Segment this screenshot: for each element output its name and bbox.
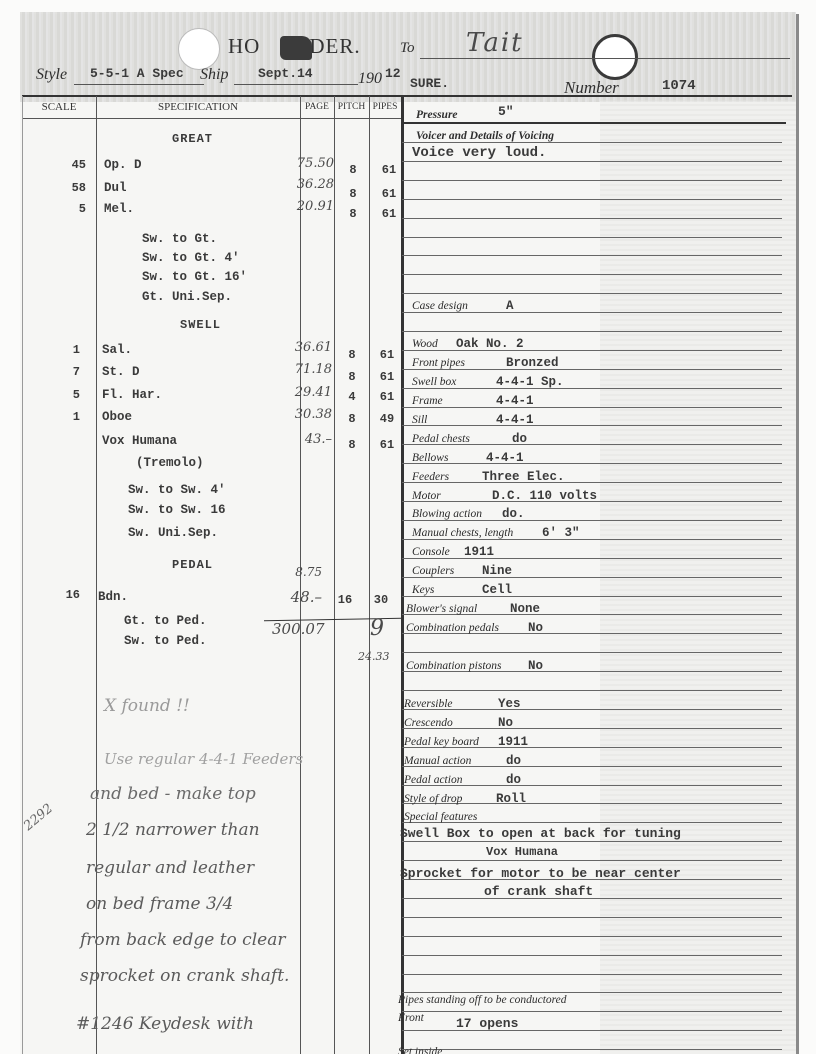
page-value-above: 8.75	[262, 565, 322, 579]
field-label: Sill	[412, 414, 427, 426]
left-edge	[22, 96, 23, 1054]
coupler: Gt. Uni.Sep.	[142, 290, 232, 304]
page-value: 30.38	[272, 407, 332, 422]
field-value: No	[498, 716, 513, 730]
form-row-manual-chests: Manual chests, length 6' 3"	[402, 522, 782, 541]
pitch-value: 8	[337, 412, 367, 426]
style-value: 5-5-1 A Spec	[90, 66, 184, 81]
handwritten-note: sprocket on crank shaft.	[80, 966, 289, 986]
coupler: Sw. to Ped.	[124, 634, 207, 648]
field-value: 1911	[464, 545, 494, 559]
to-label: To	[400, 40, 414, 57]
field-label: Manual chests, length	[412, 527, 513, 539]
stop-name: Oboe	[102, 410, 132, 424]
handwritten-note: 2 1/2 narrower than	[86, 820, 260, 840]
pipes-value: 61	[374, 207, 404, 221]
coupler: Sw. to Gt. 4'	[142, 251, 240, 265]
field-value: Oak No. 2	[456, 337, 524, 351]
front-label: Front	[398, 1012, 424, 1024]
stop-name: Mel.	[104, 202, 134, 216]
field-value: 4-4-1 Sp.	[496, 375, 564, 389]
form-header-rule	[402, 122, 786, 124]
handwritten-note: #1246 Keydesk with	[76, 1014, 254, 1034]
form-row-sill: Sill 4-4-1	[402, 409, 782, 428]
form-row-blowing-action: Blowing action do.	[402, 503, 782, 522]
form-row-console: Console 1911	[402, 541, 782, 560]
field-value: do	[512, 432, 527, 446]
field-label: Pedal key board	[404, 736, 479, 748]
stop-name: Bdn.	[98, 590, 128, 604]
field-value: 6' 3"	[542, 526, 580, 540]
pipes-standing-label: Pipes standing off to be conductored	[398, 994, 567, 1006]
field-label: Blowing action	[412, 508, 482, 520]
pressure-label: Pressure	[416, 109, 458, 121]
section-pedal: PEDAL	[172, 558, 213, 572]
col-header-page: PAGE	[300, 97, 334, 117]
pitch-value: 8	[337, 370, 367, 384]
ruled-line	[402, 652, 782, 653]
handwritten-note: Use regular 4-4-1 Feeders	[104, 750, 303, 768]
form-row-crescendo: Crescendo No	[402, 712, 782, 731]
field-label: Reversible	[404, 698, 453, 710]
stop-name: Vox Humana	[102, 434, 177, 448]
page-value: 71.18	[272, 362, 332, 377]
field-label: Front pipes	[412, 357, 465, 369]
ruled-line	[402, 955, 782, 956]
pipes-total: 24.33	[358, 650, 390, 663]
ruled-line	[402, 690, 782, 691]
pipes-value: 49	[372, 412, 402, 426]
page-total: 300.07	[272, 620, 325, 638]
field-value: 4-4-1	[496, 394, 534, 408]
pitch-value: 16	[330, 593, 360, 607]
field-value: Cell	[482, 583, 512, 597]
field-value: Bronzed	[506, 356, 559, 370]
field-value: do	[506, 773, 521, 787]
form-row-feeders: Feeders Three Elec.	[402, 466, 782, 485]
page-value: 29.41	[272, 385, 332, 400]
page-value: 43.–	[272, 432, 332, 447]
ruled-line	[402, 974, 782, 975]
col-header-scale: SCALE	[22, 97, 96, 117]
ruled-line	[402, 992, 782, 993]
field-value: 4-4-1	[496, 413, 534, 427]
form-row-pedal-chests: Pedal chests do	[402, 428, 782, 447]
field-label: Wood	[412, 338, 438, 350]
punch-hole-left	[178, 28, 220, 70]
style-underline	[74, 84, 204, 85]
ship-value: Sept.14	[258, 66, 313, 81]
pitch-total: 9	[370, 616, 384, 641]
style-label: Style	[36, 66, 67, 84]
section-swell: SWELL	[180, 318, 221, 332]
field-label: Bellows	[412, 452, 448, 464]
field-label: Case design	[412, 300, 468, 312]
form-row-manual-action: Manual action do	[402, 750, 782, 769]
ship-label: Ship	[200, 66, 228, 84]
field-value: 1911	[498, 735, 528, 749]
pitch-value: 8	[338, 187, 368, 201]
form-row-frame: Frame 4-4-1	[402, 390, 782, 409]
page-value: 48.–	[262, 588, 322, 606]
stop-name: Sal.	[102, 343, 132, 357]
ruled-line	[402, 255, 782, 256]
scale-value: 45	[36, 158, 86, 172]
pitch-value: 8	[337, 348, 367, 362]
year-prefix: 190	[358, 70, 382, 88]
ruled-line	[402, 161, 782, 162]
page-col-divider	[334, 96, 335, 1054]
ruled-line	[402, 180, 782, 181]
page-value: 75.50	[274, 156, 334, 171]
section-great: GREAT	[172, 132, 213, 146]
scale-value: 58	[36, 181, 86, 195]
scale-value: 16	[30, 588, 80, 602]
form-row-special-features: Special features	[402, 806, 782, 825]
field-value: do.	[502, 507, 525, 521]
scale-value: 1	[30, 343, 80, 357]
field-label: Pedal action	[404, 774, 462, 786]
scale-value: 5	[36, 202, 86, 216]
title-left: HO	[228, 34, 260, 58]
ruled-line	[402, 917, 782, 918]
stop-name: Fl. Har.	[102, 388, 162, 402]
table-header-rule	[22, 118, 402, 119]
to-underline	[420, 58, 790, 59]
ruled-line	[402, 860, 782, 861]
field-label: Blower's signal	[406, 603, 477, 615]
page-value: 36.28	[274, 177, 334, 192]
coupler: Sw. to Sw. 4'	[128, 483, 226, 497]
field-label: Console	[412, 546, 450, 558]
pitch-value: 8	[337, 438, 367, 452]
field-label: Combination pistons	[406, 660, 502, 672]
col-header-pipes: PIPES	[369, 97, 401, 117]
pipes-value: 30	[366, 593, 396, 607]
field-label: Special features	[404, 811, 477, 823]
field-value: do	[506, 754, 521, 768]
scale-value: 1	[30, 410, 80, 424]
handwritten-note: X found !!	[104, 696, 190, 716]
special-feature-line: of crank shaft	[484, 884, 593, 899]
pressure-value: 5"	[498, 104, 514, 119]
form-row-front-pipes: Front pipes Bronzed	[402, 352, 782, 371]
form-row-reversible: Reversible Yes	[402, 693, 782, 712]
coupler: Sw. to Gt.	[142, 232, 217, 246]
scale-value: 5	[30, 388, 80, 402]
year-value: 12	[385, 66, 401, 81]
form-row-couplers: Couplers Nine	[402, 560, 782, 579]
ruled-line	[402, 274, 782, 275]
form-row-case-design: Case design A	[402, 295, 782, 314]
pipes-value: 61	[372, 390, 402, 404]
field-value: None	[510, 602, 540, 616]
pitch-value: 4	[337, 390, 367, 404]
special-feature-line: Vox Humana	[486, 845, 558, 859]
field-value: Yes	[498, 697, 521, 711]
coupler: Gt. to Ped.	[124, 614, 207, 628]
pipes-value: 61	[372, 370, 402, 384]
redaction-blot	[280, 36, 312, 60]
special-feature-line: Sprocket for motor to be near center	[400, 866, 681, 881]
stop-name: St. D	[102, 365, 140, 379]
tremolo: (Tremolo)	[136, 456, 204, 470]
form-row-pedal-key-board: Pedal key board 1911	[402, 731, 782, 750]
form-row-style-of-drop: Style of drop Roll	[402, 788, 782, 807]
field-label: Manual action	[404, 755, 471, 767]
form-row-swell-box: Swell box 4-4-1 Sp.	[402, 371, 782, 390]
field-value: 4-4-1	[486, 451, 524, 465]
field-label: Couplers	[412, 565, 454, 577]
field-label: Style of drop	[404, 793, 462, 805]
field-label: Feeders	[412, 471, 449, 483]
to-value: Tait	[466, 28, 524, 58]
col-header-pitch: PITCH	[334, 97, 369, 117]
field-value: No	[528, 621, 543, 635]
coupler: Sw. Uni.Sep.	[128, 526, 218, 540]
ruled-line	[402, 841, 782, 842]
form-row-wood: Wood Oak No. 2	[402, 333, 782, 352]
front-value: 17 opens	[456, 1016, 518, 1031]
field-label: Swell box	[412, 376, 456, 388]
pipes-value: 61	[372, 348, 402, 362]
field-value: No	[528, 659, 543, 673]
pipes-value: 61	[372, 438, 402, 452]
field-value: Roll	[496, 792, 526, 806]
handwritten-note: on bed frame 3/4	[86, 894, 233, 914]
field-value: Three Elec.	[482, 470, 565, 484]
punch-hole-right	[592, 34, 638, 80]
form-row-blowers-signal: Blower's signal None	[402, 598, 782, 617]
field-label: Crescendo	[404, 717, 453, 729]
pipes-value: 61	[374, 163, 404, 177]
ruled-line	[402, 1011, 782, 1012]
page-value: 20.91	[274, 199, 334, 214]
ruled-line	[402, 237, 782, 238]
field-label: Keys	[412, 584, 434, 596]
voicing-value: Voice very loud.	[412, 145, 546, 161]
ruled-line	[402, 936, 782, 937]
pitch-value: 8	[338, 163, 368, 177]
pipes-value: 61	[374, 187, 404, 201]
scale-value: 7	[30, 365, 80, 379]
field-value: Nine	[482, 564, 512, 578]
ruled-line	[402, 199, 782, 200]
page-value: 36.61	[272, 340, 332, 355]
form-row-combination-pistons: Combination pistons No	[402, 655, 782, 674]
set-inside-label: Set inside	[398, 1046, 442, 1054]
field-label: Pedal chests	[412, 433, 470, 445]
handwritten-note: and bed - make top	[90, 784, 256, 804]
form-row-motor: Motor D.C. 110 volts	[402, 485, 782, 504]
form-row-keys: Keys Cell	[402, 579, 782, 598]
ship-note: SURE.	[410, 76, 449, 91]
pitch-col-divider	[369, 96, 370, 1054]
handwritten-note: from back edge to clear	[80, 930, 285, 950]
form-row-pedal-action: Pedal action do	[402, 769, 782, 788]
pitch-value: 8	[338, 207, 368, 221]
ruled-line	[402, 293, 782, 294]
handwritten-note: regular and leather	[86, 858, 254, 878]
field-label: Combination pedals	[406, 622, 499, 634]
ruled-line	[402, 142, 782, 143]
stop-name: Dul	[104, 181, 127, 195]
field-value: D.C. 110 volts	[492, 489, 597, 503]
field-label: Frame	[412, 395, 443, 407]
number-value: 1074	[662, 78, 696, 94]
field-value: A	[506, 299, 514, 313]
ruled-line	[402, 218, 782, 219]
field-label: Motor	[412, 490, 441, 502]
form-row-bellows: Bellows 4-4-1	[402, 447, 782, 466]
coupler: Sw. to Sw. 16	[128, 503, 226, 517]
coupler: Sw. to Gt. 16'	[142, 270, 247, 284]
form-row-combination-pedals: Combination pedals No	[402, 617, 782, 636]
voicing-label: Voicer and Details of Voicing	[416, 130, 554, 142]
stop-name: Op. D	[104, 158, 142, 172]
col-header-specification: SPECIFICATION	[96, 97, 300, 117]
ship-underline	[234, 84, 358, 85]
ruled-line	[402, 331, 782, 332]
special-feature-line: Swell Box to open at back for tuning	[400, 826, 681, 841]
ruled-line	[402, 1049, 782, 1050]
